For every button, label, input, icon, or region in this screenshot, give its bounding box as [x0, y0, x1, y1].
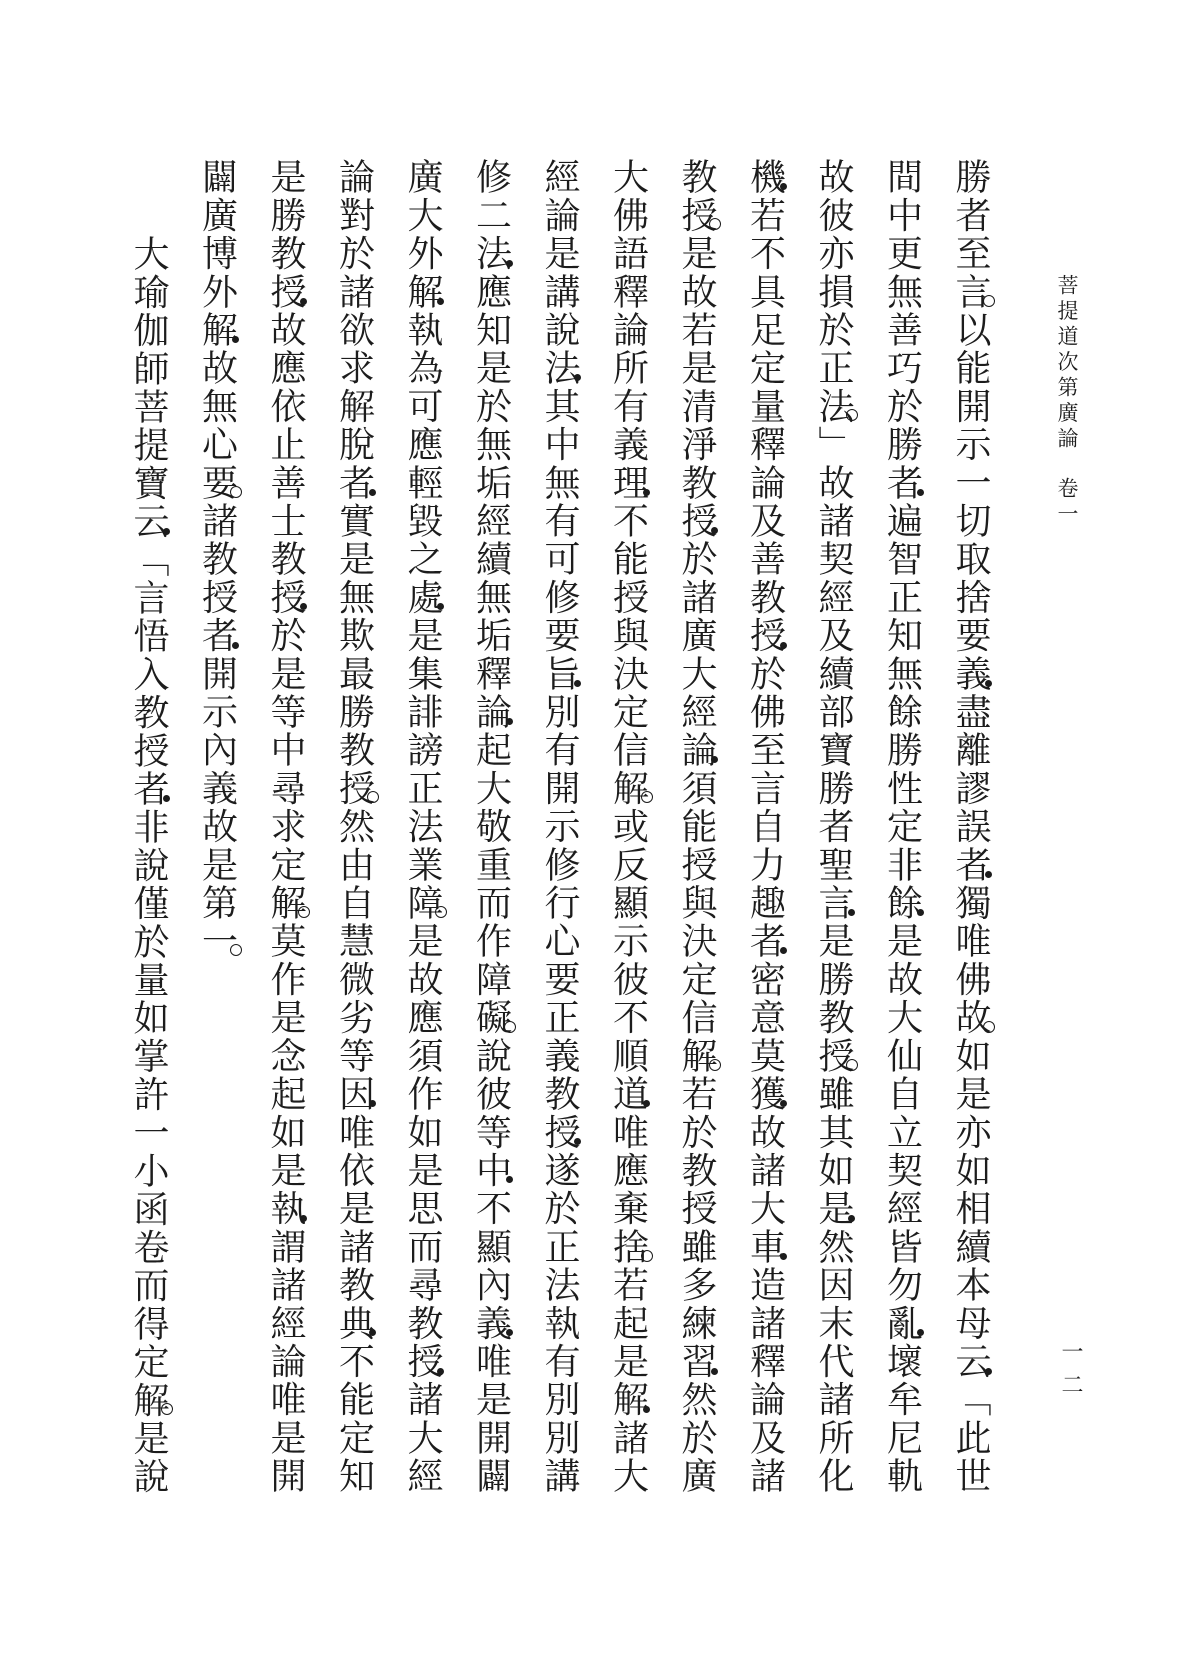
text-columns: 勝者至言以能開示一切取捨要義盡離謬誤者獨唯佛故如是亦如相續本母云「此世間中更無善…: [115, 158, 1006, 1494]
running-title: 菩提道次第廣論卷一: [1052, 274, 1082, 528]
text-column: 經論是講說法其中無有可修要旨別有開示修行心要正義教授遂於正法執有別別講: [526, 158, 595, 1494]
text-column: 修二法應知是於無垢經續無垢釋論起大敬重而作障礙說彼等中不顯內義唯是開闢: [457, 158, 526, 1494]
book-title: 菩提道次第廣論: [1055, 274, 1079, 453]
text-column: 教授是故若是清淨教授於諸廣大經論須能授與決定信解若於教授雖多練習然於廣: [663, 158, 732, 1494]
volume-label: 卷一: [1055, 477, 1079, 528]
book-page: 菩提道次第廣論卷一 一二 勝者至言以能開示一切取捨要義盡離謬誤者獨唯佛故如是亦如…: [0, 0, 1181, 1653]
page-number: 一二: [1056, 1340, 1087, 1406]
text-column: 闢廣博外解故無心要諸教授者開示內義故是第一: [183, 158, 252, 1494]
text-column: 論對於諸欲求解脫者實是無欺最勝教授然由自慧微劣等因唯依是諸教典不能定知: [320, 158, 389, 1494]
text-column: 大佛語釋論所有義理不能授與決定信解或反顯示彼不順道唯應棄捨若起是解諸大: [594, 158, 663, 1494]
text-column: 間中更無善巧於勝者遍智正知無餘勝性定非餘是故大仙自立契經皆勿亂壞牟尼軌: [868, 158, 937, 1494]
text-column: 勝者至言以能開示一切取捨要義盡離謬誤者獨唯佛故如是亦如相續本母云「此世: [937, 158, 1006, 1494]
text-column: 是勝教授故應依止善士教授於是等中尋求定解莫作是念起如是執謂諸經論唯是開: [252, 158, 321, 1494]
text-column: 故彼亦損於正法」故諸契經及續部寶勝者聖言是勝教授雖其如是然因末代諸所化: [800, 158, 869, 1494]
text-column: 大瑜伽師菩提寶云「言悟入教授者非說僅於量如掌許一小函卷而得定解是說: [115, 158, 184, 1494]
text-column: 機若不具足定量釋論及善教授於佛至言自力趣者密意莫獲故諸大車造諸釋論及諸: [731, 158, 800, 1494]
text-column: 廣大外解執為可應輕毀之處是集誹謗正法業障是故應須作如是思而尋教授諸大經: [389, 158, 458, 1494]
